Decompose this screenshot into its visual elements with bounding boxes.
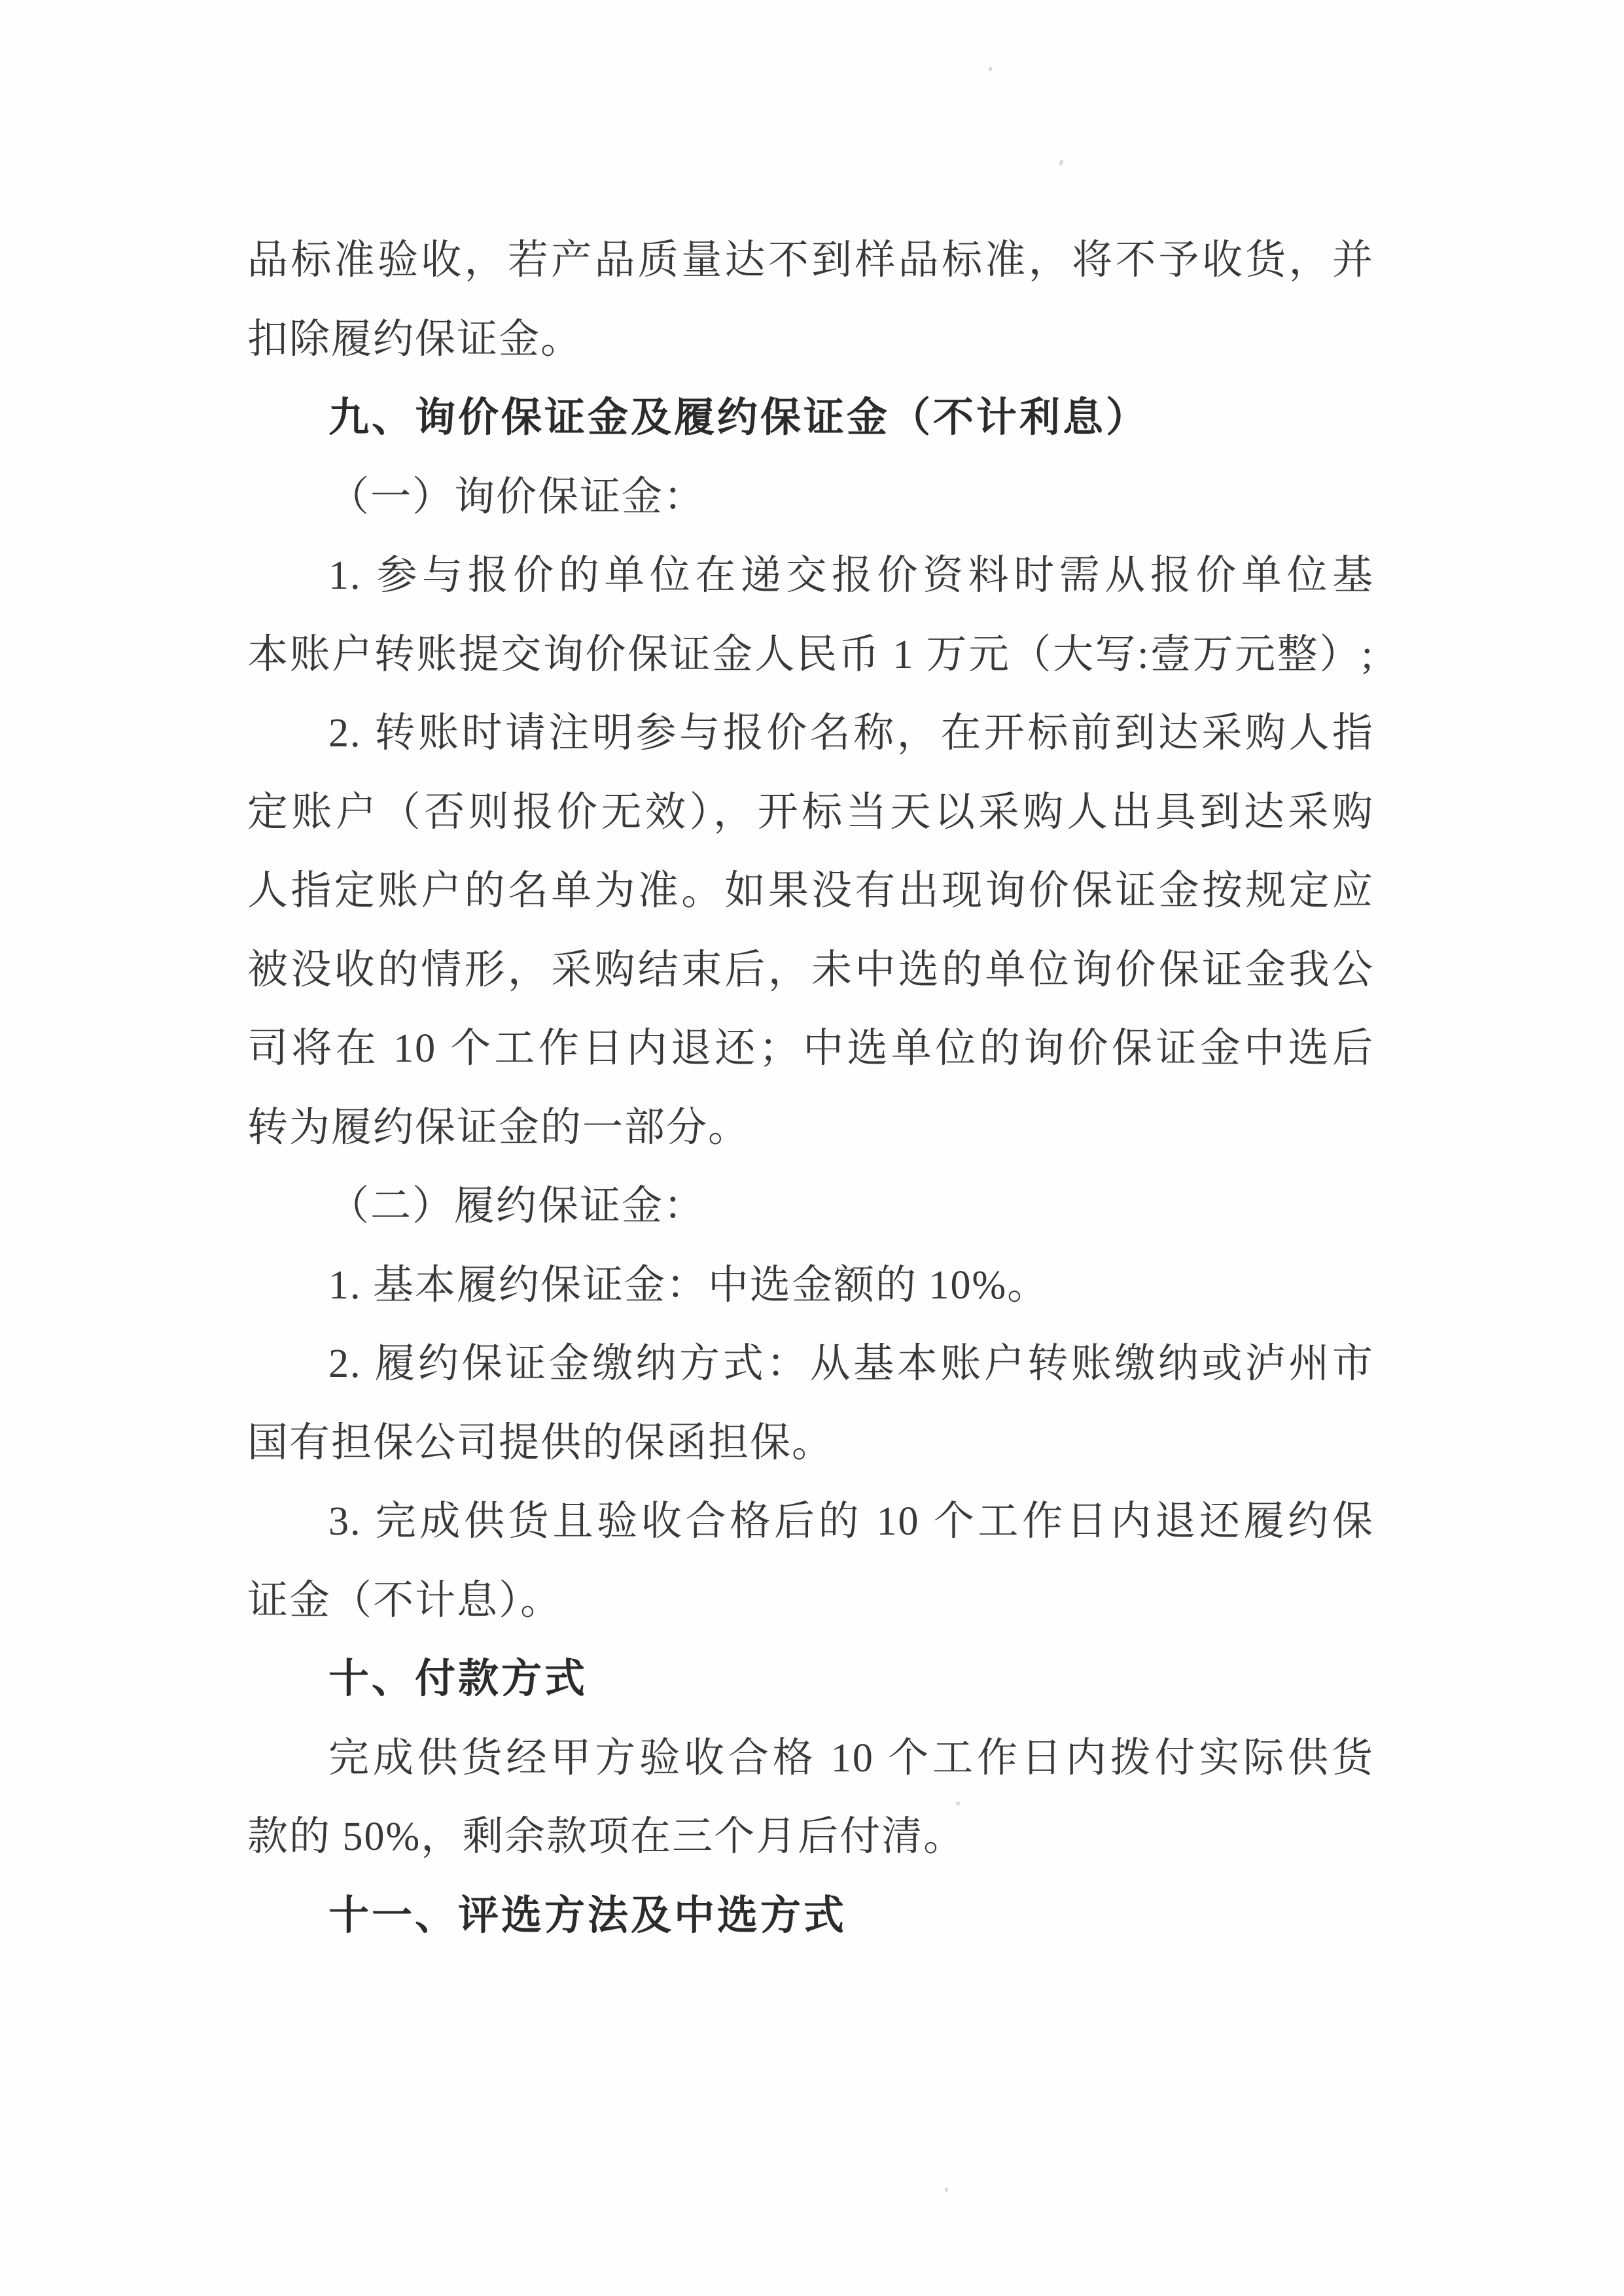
scan-speck xyxy=(945,2187,948,2192)
text-line: 定账户（否则报价无效），开标当天以采购人出具到达采购 xyxy=(247,773,1374,852)
section-heading-9: 九、询价保证金及履约保证金（不计利息） xyxy=(247,379,1374,458)
section-heading-11: 十一、评选方法及中选方式 xyxy=(247,1877,1374,1956)
subsection-heading-9-1: （一）询价保证金： xyxy=(247,458,1374,537)
text-line: 1. 参与报价的单位在递交报价资料时需从报价单位基 xyxy=(247,536,1374,616)
document-text-block: 品标准验收，若产品质量达不到样品标准，将不予收货，并 扣除履约保证金。 九、询价… xyxy=(247,221,1374,1955)
subsection-heading-9-2: （二）履约保证金： xyxy=(247,1167,1374,1246)
text-line: 人指定账户的名单为准。如果没有出现询价保证金按规定应 xyxy=(247,852,1374,931)
section-heading-10: 十、付款方式 xyxy=(247,1640,1374,1719)
text-line: 2. 转账时请注明参与报价名称，在开标前到达采购人指 xyxy=(247,694,1374,773)
scan-speck xyxy=(989,67,992,71)
text-line: 品标准验收，若产品质量达不到样品标准，将不予收货，并 xyxy=(247,221,1374,300)
text-line: 国有担保公司提供的保函担保。 xyxy=(247,1404,1374,1483)
text-line: 本账户转账提交询价保证金人民币 1 万元（大写:壹万元整）; xyxy=(247,616,1374,695)
text-line: 1. 基本履约保证金：中选金额的 10%。 xyxy=(247,1246,1374,1325)
text-line: 款的 50%，剩余款项在三个月后付清。 xyxy=(247,1798,1374,1877)
text-line: 证金（不计息）。 xyxy=(247,1561,1374,1641)
text-line: 司将在 10 个工作日内退还；中选单位的询价保证金中选后 xyxy=(247,1009,1374,1088)
scan-speck xyxy=(1058,159,1064,166)
text-line: 3. 完成供货且验收合格后的 10 个工作日内退还履约保 xyxy=(247,1482,1374,1561)
text-line: 完成供货经甲方验收合格 10 个工作日内拨付实际供货 xyxy=(247,1719,1374,1798)
text-line: 转为履约保证金的一部分。 xyxy=(247,1088,1374,1168)
text-line: 扣除履约保证金。 xyxy=(247,300,1374,379)
document-page: 品标准验收，若产品质量达不到样品标准，将不予收货，并 扣除履约保证金。 九、询价… xyxy=(0,0,1624,2296)
text-line: 2. 履约保证金缴纳方式：从基本账户转账缴纳或泸州市 xyxy=(247,1325,1374,1404)
text-line: 被没收的情形，采购结束后，未中选的单位询价保证金我公 xyxy=(247,931,1374,1010)
